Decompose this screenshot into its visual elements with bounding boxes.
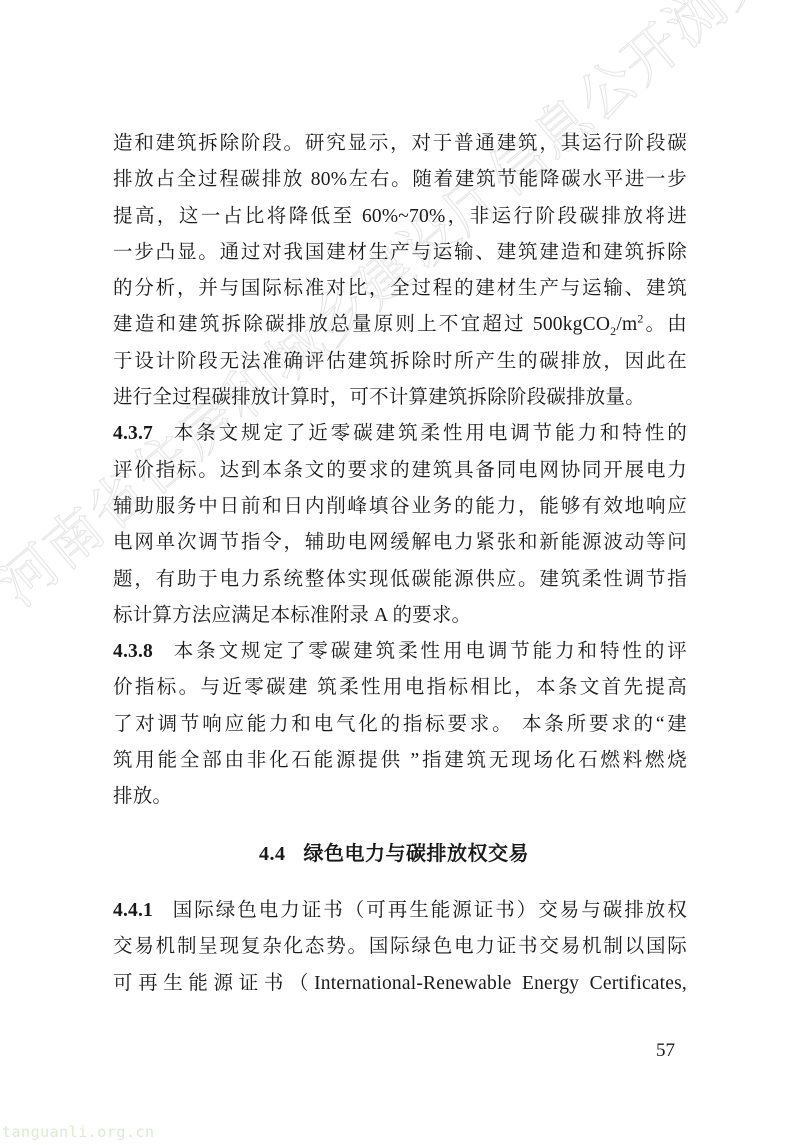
text-fragment: 。由 xyxy=(644,314,687,335)
text-fragment: 国际绿色电力证书（可再生能源证书）交易与碳排放权 xyxy=(171,900,687,921)
clause-4-3-7: 4.3.7本条文规定了近零碳建筑柔性用电调节能力和特性的 评价指标。达到本条文的… xyxy=(113,416,687,634)
text-line: 辅助服务中日前和日内削峰填谷业务的能力，能够有效地响应 xyxy=(113,489,687,525)
clause-first-line: 4.3.8本条文规定了零碳建筑柔性用电调节能力和特性的评 xyxy=(113,634,687,670)
document-page: 河南省住房和城乡建设厅信息公开浏览专用 造和建筑拆除阶段。研究显示，对于普通建筑… xyxy=(0,0,788,1145)
text-line: 可再生能源证书（International-Renewable Energy C… xyxy=(113,966,687,1002)
text-line: 于设计阶段无法准确评估建筑拆除时所产生的碳排放，因此在 xyxy=(113,344,687,380)
text-line: 的分析，并与国际标准对比，全过程的建材生产与运输、建筑 xyxy=(113,271,687,307)
text-fragment: /m xyxy=(616,314,637,335)
text-line: 题，有助于电力系统整体实现低碳能源供应。建筑柔性调节指 xyxy=(113,562,687,598)
clause-first-line: 4.4.1国际绿色电力证书（可再生能源证书）交易与碳排放权 xyxy=(113,893,687,929)
text-line: 价指标。与近零碳建 筑柔性用电指标相比，本条文首先提高 xyxy=(113,670,687,706)
clause-4-3-8: 4.3.8本条文规定了零碳建筑柔性用电调节能力和特性的评 价指标。与近零碳建 筑… xyxy=(113,634,687,815)
text-fragment: 本条文规定了零碳建筑柔性用电调节能力和特性的评 xyxy=(171,641,687,662)
section-title: 绿色电力与碳排放权交易 xyxy=(304,841,530,865)
page-number: 57 xyxy=(656,1040,675,1062)
section-heading: 4.4绿色电力与碳排放权交易 xyxy=(0,837,788,866)
text-line: 排放。 xyxy=(113,779,687,815)
body-text: 造和建筑拆除阶段。研究显示，对于普通建筑，其运行阶段碳 排放占全过程碳排放 80… xyxy=(113,126,687,816)
text-line: 排放占全过程碳排放 80%左右。随着建筑节能降碳水平进一步 xyxy=(113,162,687,198)
clause-number: 4.3.8 xyxy=(113,641,153,662)
text-line-with-formula: 建造和建筑拆除碳排放总量原则上不宜超过 500kgCO2/m2。由 xyxy=(113,307,687,343)
text-line: 提高，这一占比将降低至 60%~70%，非运行阶段碳排放将进 xyxy=(113,199,687,235)
text-line: 造和建筑拆除阶段。研究显示，对于普通建筑，其运行阶段碳 xyxy=(113,126,687,162)
text-fragment: 本条文规定了近零碳建筑柔性用电调节能力和特性的 xyxy=(171,423,687,444)
clause-4-4-1: 4.4.1国际绿色电力证书（可再生能源证书）交易与碳排放权 交易机制呈现复杂化态… xyxy=(113,893,687,1002)
text-line: 交易机制呈现复杂化态势。国际绿色电力证书交易机制以国际 xyxy=(113,929,687,965)
clause-first-line: 4.3.7本条文规定了近零碳建筑柔性用电调节能力和特性的 xyxy=(113,416,687,452)
text-line: 电网单次调节指令，辅助电网缓解电力紧张和新能源波动等问 xyxy=(113,525,687,561)
paragraph-continuation: 造和建筑拆除阶段。研究显示，对于普通建筑，其运行阶段碳 排放占全过程碳排放 80… xyxy=(113,126,687,416)
text-line: 了对调节响应能力和电气化的指标要求。 本条所要求的“建 xyxy=(113,707,687,743)
text-line: 评价指标。达到本条文的要求的建筑具备同电网协同开展电力 xyxy=(113,453,687,489)
text-line: 标计算方法应满足本标准附录 A 的要求。 xyxy=(113,598,687,634)
text-line: 一步凸显。通过对我国建材生产与运输、建筑建造和建筑拆除 xyxy=(113,235,687,271)
clause-number: 4.4.1 xyxy=(113,900,153,921)
clause-number: 4.3.7 xyxy=(113,423,153,444)
section-number: 4.4 xyxy=(259,843,286,865)
text-line: 筑用能全部由非化石能源提供 ”指建筑无现场化石燃料燃烧 xyxy=(113,743,687,779)
text-line: 进行全过程碳排放计算时，可不计算建筑拆除阶段碳排放量。 xyxy=(113,380,687,416)
site-watermark: tanguanli.org.cn xyxy=(2,1123,155,1141)
text-fragment: 建造和建筑拆除碳排放总量原则上不宜超过 500kgCO xyxy=(113,314,610,335)
